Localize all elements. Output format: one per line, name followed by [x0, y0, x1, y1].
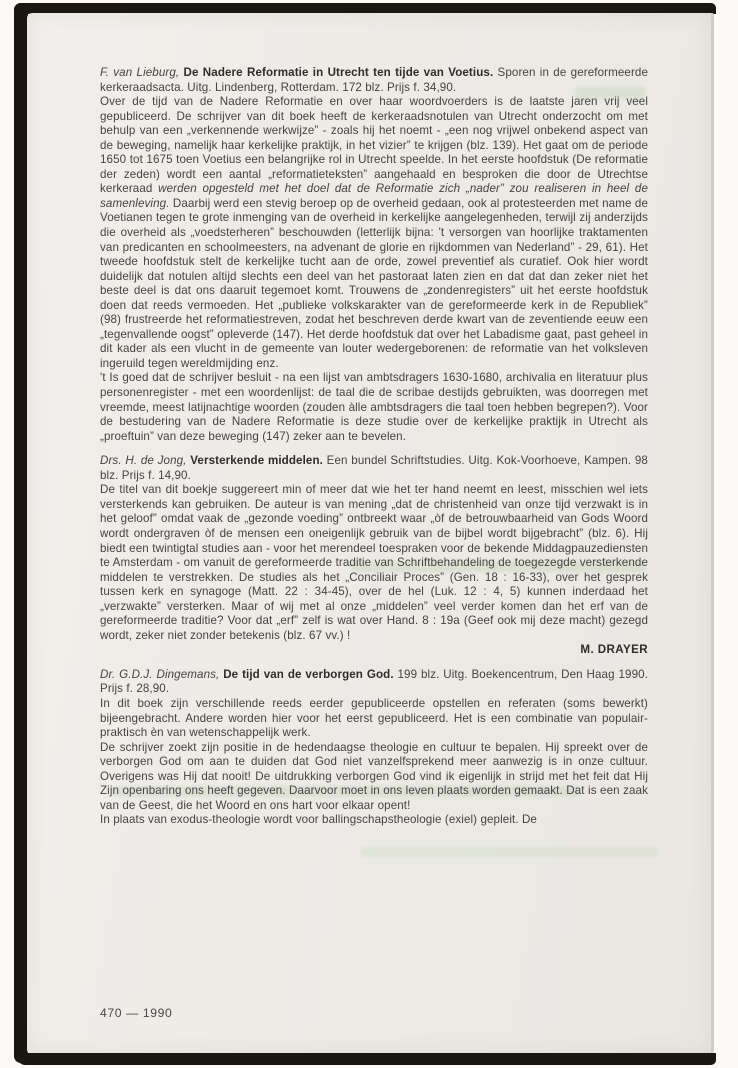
book-cover-edge-left [14, 3, 28, 1063]
review-paragraph: 't Is goed dat de schrijver besluit - na… [100, 371, 648, 444]
review-title: Versterkende middelen. [190, 454, 323, 467]
review-title: De tijd van de verborgen God. [223, 668, 393, 681]
paragraph-text: Over de tijd van de Nadere Reformatie en… [100, 95, 648, 195]
review-author: Dr. G.D.J. Dingemans, [100, 668, 219, 681]
scanned-page-photo: F. van Lieburg, De Nadere Reformatie in … [0, 0, 738, 1068]
review-title: De Nadere Reformatie in Utrecht ten tijd… [184, 66, 494, 79]
review-paragraph: Over de tijd van de Nadere Reformatie en… [100, 95, 648, 371]
review-paragraph: De schrijver zoekt zijn positie in de he… [100, 741, 648, 814]
review-paragraph: In dit boek zijn verschillende reeds eer… [100, 697, 648, 741]
review-paragraph: De titel van dit boekje suggereert min o… [100, 483, 648, 643]
reviewer-signature: M. DRAYER [100, 643, 648, 658]
review-paragraph: In plaats van exodus-theologie wordt voo… [100, 813, 648, 828]
book-review-lieburg: F. van Lieburg, De Nadere Reformatie in … [100, 66, 648, 444]
review-heading: Drs. H. de Jong, Versterkende middelen. … [100, 454, 648, 483]
text-column: F. van Lieburg, De Nadere Reformatie in … [100, 66, 648, 838]
page-footer: 470 — 1990 [100, 1006, 172, 1020]
paragraph-text: Daarbij werd een stevig beroep op de ove… [100, 197, 648, 370]
review-heading: F. van Lieburg, De Nadere Reformatie in … [100, 66, 648, 95]
book-review-dejong: Drs. H. de Jong, Versterkende middelen. … [100, 454, 648, 658]
review-author: F. van Lieburg, [100, 66, 179, 79]
book-review-dingemans: Dr. G.D.J. Dingemans, De tijd van de ver… [100, 668, 648, 828]
scan-bleed-artifact [360, 847, 658, 857]
review-heading: Dr. G.D.J. Dingemans, De tijd van de ver… [100, 668, 648, 697]
journal-page: F. van Lieburg, De Nadere Reformatie in … [27, 13, 714, 1053]
book-cover-edge-bottom [18, 1053, 716, 1065]
review-author: Drs. H. de Jong, [100, 454, 187, 467]
